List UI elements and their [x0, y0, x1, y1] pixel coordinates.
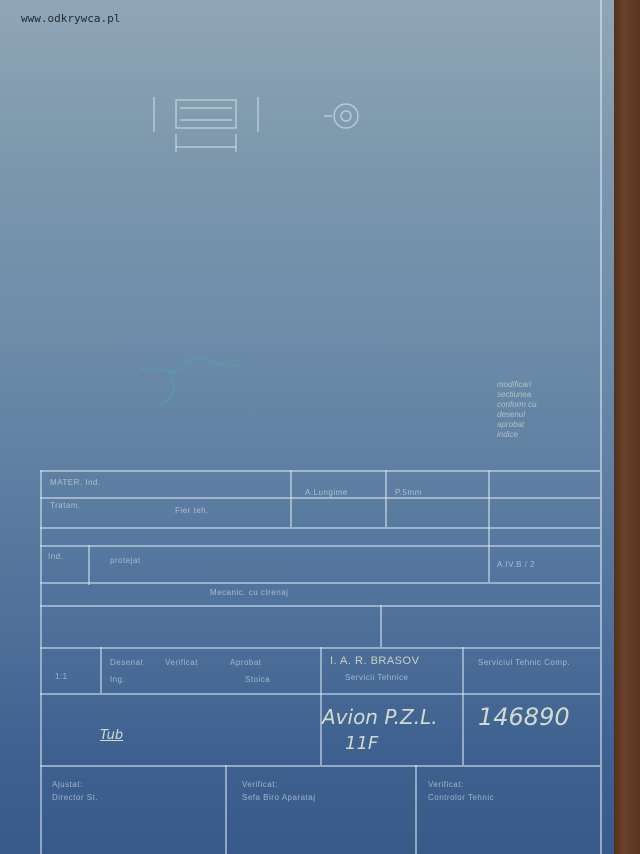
signature-stamp — [125, 345, 255, 410]
drawing-number: 146890 — [478, 703, 570, 731]
footer-col2-label: Verificat: — [242, 780, 278, 789]
checked-label: Verificat — [165, 658, 198, 667]
part-elevation-drawing — [140, 92, 270, 162]
company-name: I. A. R. BRASOV — [330, 655, 419, 667]
standard-label: Serviciul Tehnic Comp. — [478, 658, 570, 667]
dimension-col-d: P.5mm — [395, 488, 422, 497]
footer-col1-label: Ajustat: — [52, 780, 83, 789]
footer-col3-value: Controlor Tehnic — [428, 793, 494, 802]
watermark-text: www.odkrywca.pl — [21, 12, 120, 25]
revision-notes: modificarisectiunea conform cudesenul ap… — [497, 380, 597, 440]
treatment-label: Tratam. — [50, 501, 81, 510]
section-title: Mecanic. cu ctrenaj — [210, 588, 288, 597]
part-name: Tub — [100, 728, 123, 743]
footer-col3-label: Verificat: — [428, 780, 464, 789]
part-end-view-drawing — [320, 98, 370, 138]
approved-label: Aprobat — [230, 658, 262, 667]
company-subtitle: Servicii Tehnice — [345, 673, 408, 682]
footer-col2-value: Sefa Biro Aparataj — [242, 793, 315, 802]
index-value: protejat — [110, 556, 141, 565]
footer-col1-value: Director St. — [52, 793, 98, 802]
scale-value: 1:1 — [55, 672, 68, 681]
name-b: Stoica — [245, 675, 270, 684]
index-label: Ind. — [48, 552, 63, 561]
aircraft-variant: 11F — [345, 733, 378, 754]
drawn-label: Desenat — [110, 658, 143, 667]
sheet-border-line — [600, 0, 602, 854]
dimension-col-c: A.Lungime — [305, 488, 348, 497]
material-label: MATER. Ind. — [50, 478, 101, 487]
wooden-frame — [612, 0, 640, 854]
aircraft-name: Avion P.Z.L. — [322, 705, 438, 729]
name-a: Ing. — [110, 675, 125, 684]
treatment-value: Fier teh. — [175, 506, 209, 515]
revision-box: A.IV.B / 2 — [497, 560, 535, 569]
blueprint-sheet: www.odkrywca.pl modificarisectiunea conf… — [0, 0, 614, 854]
